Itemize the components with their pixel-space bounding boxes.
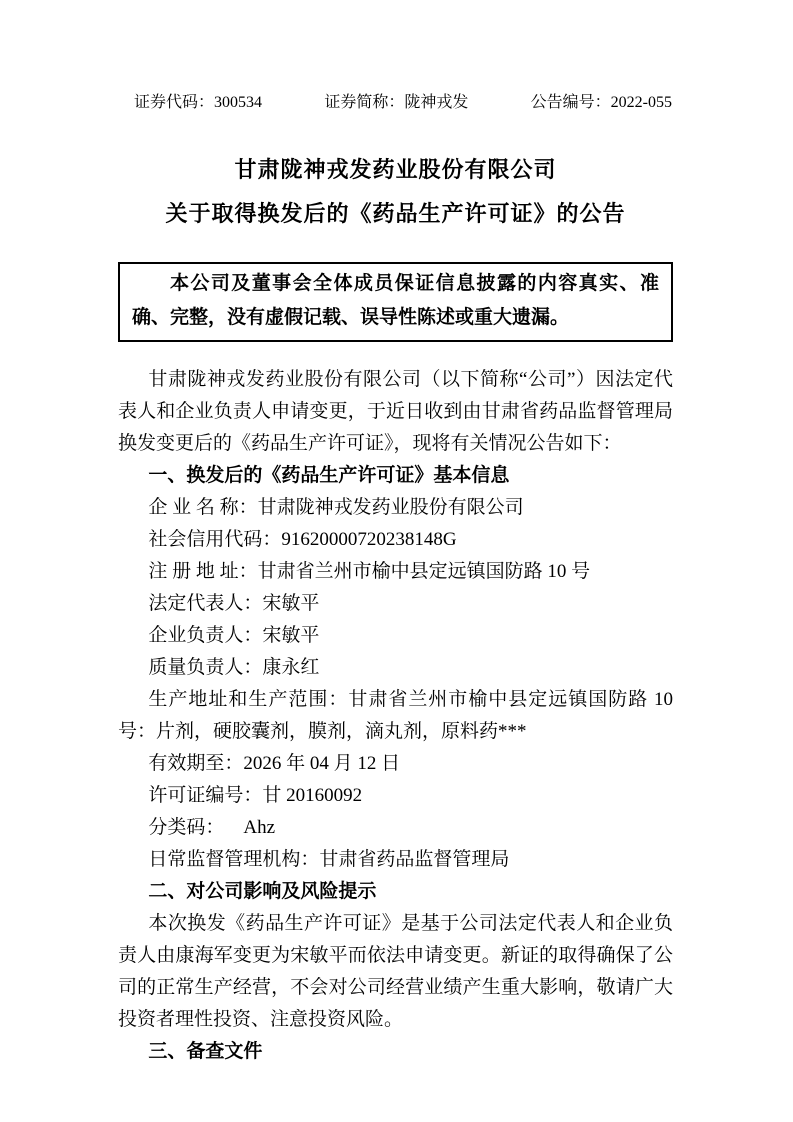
document-header: 证券代码：300534 证券简称：陇神戎发 公告编号：2022-055 [118, 92, 673, 114]
info-line-valid-until: 有效期至：2026 年 04 月 12 日 [118, 748, 673, 780]
disclaimer-box: 本公司及董事会全体成员保证信息披露的内容真实、准确、完整，没有虚假记载、误导性陈… [118, 262, 673, 342]
info-line-legal-representative: 法定代表人：宋敏平 [118, 588, 673, 620]
info-line-classification-code: 分类码： Ahz [118, 812, 673, 844]
info-line-license-number: 许可证编号：甘 20160092 [118, 780, 673, 812]
section-2-heading: 二、对公司影响及风险提示 [118, 876, 673, 908]
info-line-quality-head: 质量负责人：康永红 [118, 652, 673, 684]
info-line-production-scope: 生产地址和生产范围：甘肃省兰州市榆中县定远镇国防路 10 号：片剂，硬胶囊剂，膜… [118, 684, 673, 748]
section-2-paragraph: 本次换发《药品生产许可证》是基于公司法定代表人和企业负责人由康海军变更为宋敏平而… [118, 908, 673, 1036]
intro-paragraph: 甘肃陇神戎发药业股份有限公司（以下简称“公司”）因法定代表人和企业负责人申请变更… [118, 364, 673, 460]
stock-code: 证券代码：300534 [134, 92, 262, 114]
info-line-credit-code: 社会信用代码：91620000720238148G [118, 524, 673, 556]
company-name-title-line: 甘肃陇神戎发药业股份有限公司 [118, 148, 673, 192]
info-line-enterprise-head: 企业负责人：宋敏平 [118, 620, 673, 652]
document-page: 证券代码：300534 证券简称：陇神戎发 公告编号：2022-055 甘肃陇神… [0, 0, 793, 1122]
info-line-supervisory-authority: 日常监督管理机构：甘肃省药品监督管理局 [118, 844, 673, 876]
disclaimer-text: 本公司及董事会全体成员保证信息披露的内容真实、准确、完整，没有虚假记载、误导性陈… [132, 267, 659, 335]
section-1-heading: 一、换发后的《药品生产许可证》基本信息 [118, 460, 673, 492]
document-body: 甘肃陇神戎发药业股份有限公司（以下简称“公司”）因法定代表人和企业负责人申请变更… [118, 364, 673, 1068]
info-line-registered-address: 注 册 地 址：甘肃省兰州市榆中县定远镇国防路 10 号 [118, 556, 673, 588]
announcement-number: 公告编号：2022-055 [531, 92, 672, 114]
stock-short-name: 证券简称：陇神戎发 [324, 92, 468, 114]
info-line-enterprise-name: 企 业 名 称：甘肃陇神戎发药业股份有限公司 [118, 492, 673, 524]
announcement-title-line: 关于取得换发后的《药品生产许可证》的公告 [118, 192, 673, 236]
section-3-heading: 三、备查文件 [118, 1036, 673, 1068]
document-title: 甘肃陇神戎发药业股份有限公司 关于取得换发后的《药品生产许可证》的公告 [118, 148, 673, 236]
